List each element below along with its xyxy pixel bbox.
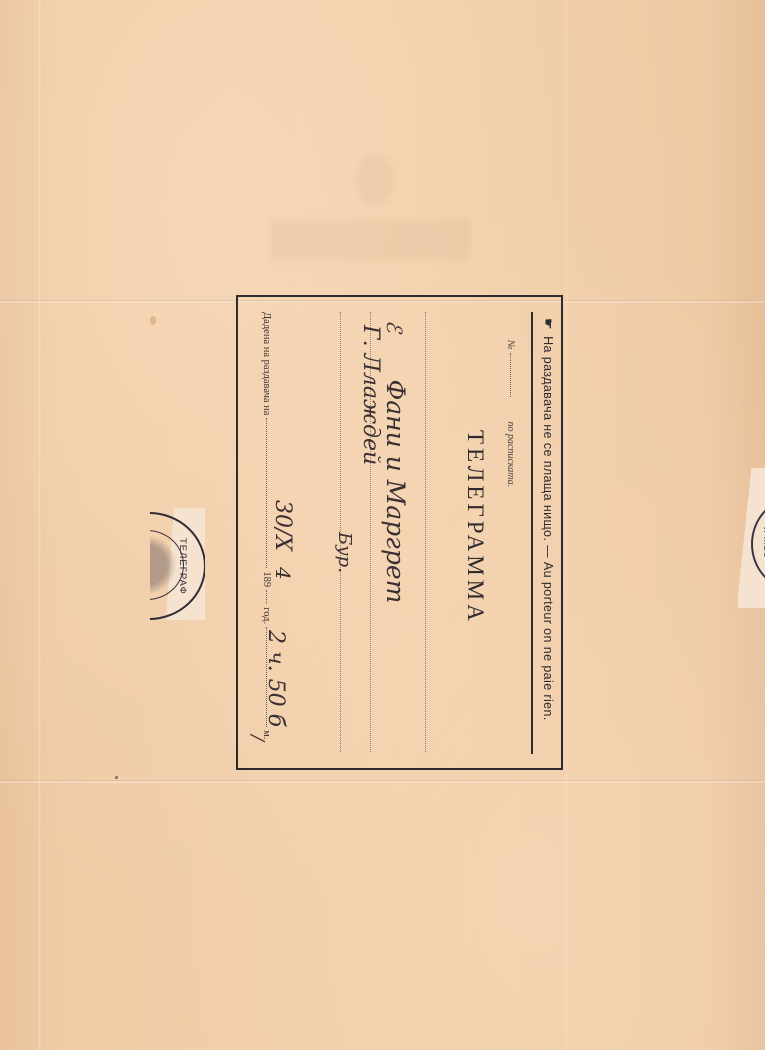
year-suffix: год.: [261, 607, 272, 624]
fold-line-bottom: [0, 780, 765, 783]
seal-text: ТЕЛЕГРАФ: [177, 538, 188, 595]
pointing-hand-icon: ☛: [540, 318, 556, 330]
show-through-text: [270, 220, 470, 260]
handwriting-date: 30/X: [270, 500, 295, 551]
form-header: ☛На раздавача не се плаща нищо. — Au por…: [540, 318, 556, 721]
fold-line-right: [565, 0, 568, 1050]
handwriting-line3: Бур.: [334, 532, 355, 573]
receipt-label: по расписката.: [505, 421, 516, 487]
handwriting-mark: /: [247, 735, 268, 741]
footer-dots: [266, 418, 267, 568]
header-rule: [531, 312, 533, 754]
fold-line-left: [38, 0, 41, 1050]
writing-line: [425, 312, 426, 752]
number-field: № по расписката.: [505, 340, 516, 487]
handwriting-line2: Г. Ллаждей: [358, 325, 383, 465]
initial: ℰ: [382, 320, 406, 333]
footer-dots: [266, 590, 267, 604]
handwriting-initial: ℰ Фани и Маргрет: [381, 320, 410, 603]
handwriting-time: 2 ч. 50 б: [263, 630, 288, 727]
handwriting-year-digit: 4: [271, 567, 295, 580]
handwriting-line1: Фани и Маргрет: [381, 379, 410, 603]
delivered-label: Дадена на раздавача на: [261, 312, 272, 415]
show-through-seal: [355, 155, 395, 205]
number-dots: [510, 353, 511, 397]
telegraph-seal-left: ТЕЛЕГРАФ: [150, 508, 205, 620]
form-title: ТЕЛЕГРАММА: [462, 430, 488, 625]
header-text: На раздавача не се плаща нищо. — Au port…: [541, 336, 555, 721]
stain: [150, 316, 156, 325]
number-label: №: [505, 340, 516, 349]
stain: [115, 776, 118, 779]
telegraph-seal-right: ОЯЖ И: [738, 468, 765, 608]
